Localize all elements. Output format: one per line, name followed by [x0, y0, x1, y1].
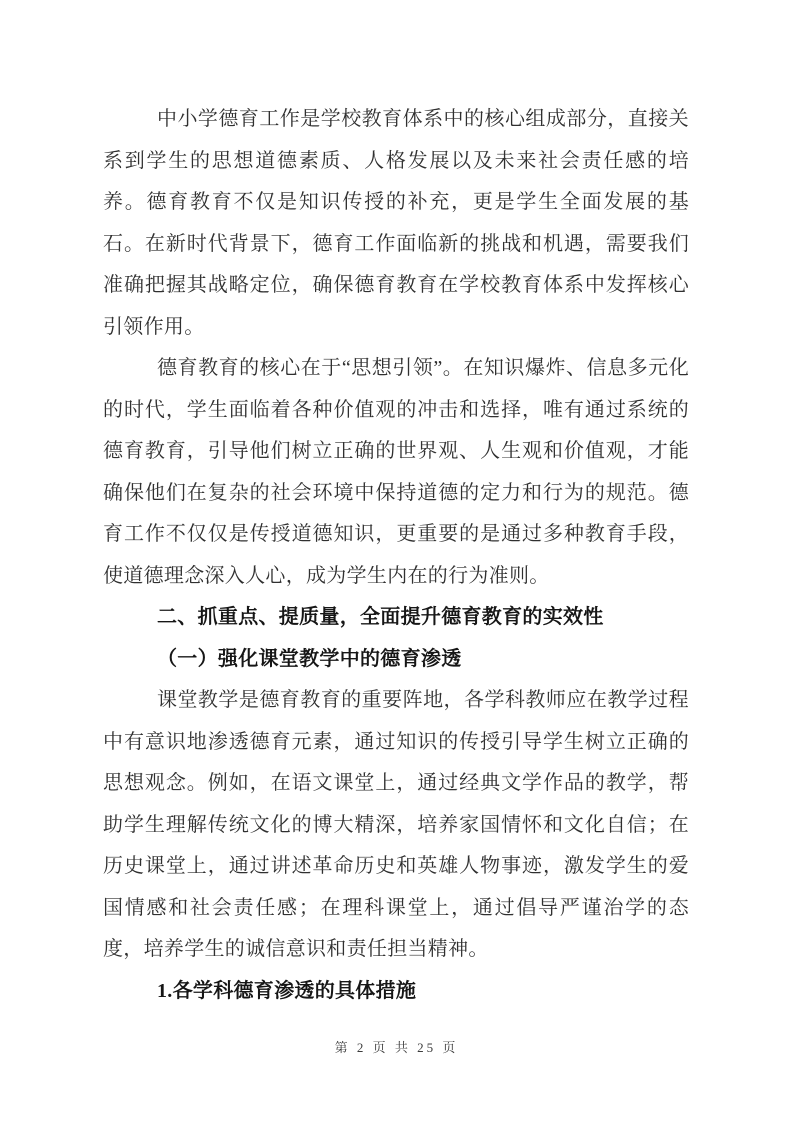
document-page: 中小学德育工作是学校教育体系中的核心组成部分，直接关系到学生的思想道德素质、人格…	[0, 0, 793, 1122]
paragraph-deyu-core: 德育教育的核心在于“思想引领”。在知识爆炸、信息多元化的时代，学生面临着各种价值…	[103, 348, 689, 597]
paragraph-deyu-intro: 中小学德育工作是学校教育体系中的核心组成部分，直接关系到学生的思想道德素质、人格…	[103, 99, 689, 348]
sub-heading-one: （一）强化课堂教学中的德育渗透	[103, 639, 689, 681]
paragraph-classroom-teaching: 课堂教学是德育教育的重要阵地，各学科教师应在教学过程中有意识地渗透德育元素，通过…	[103, 680, 689, 971]
numbered-heading-measures: 1.各学科德育渗透的具体措施	[103, 971, 689, 1013]
document-content: 中小学德育工作是学校教育体系中的核心组成部分，直接关系到学生的思想道德素质、人格…	[103, 99, 689, 1012]
page-footer: 第 2 页 共 25 页	[0, 1037, 793, 1056]
section-heading-two: 二、抓重点、提质量，全面提升德育教育的实效性	[103, 597, 689, 639]
